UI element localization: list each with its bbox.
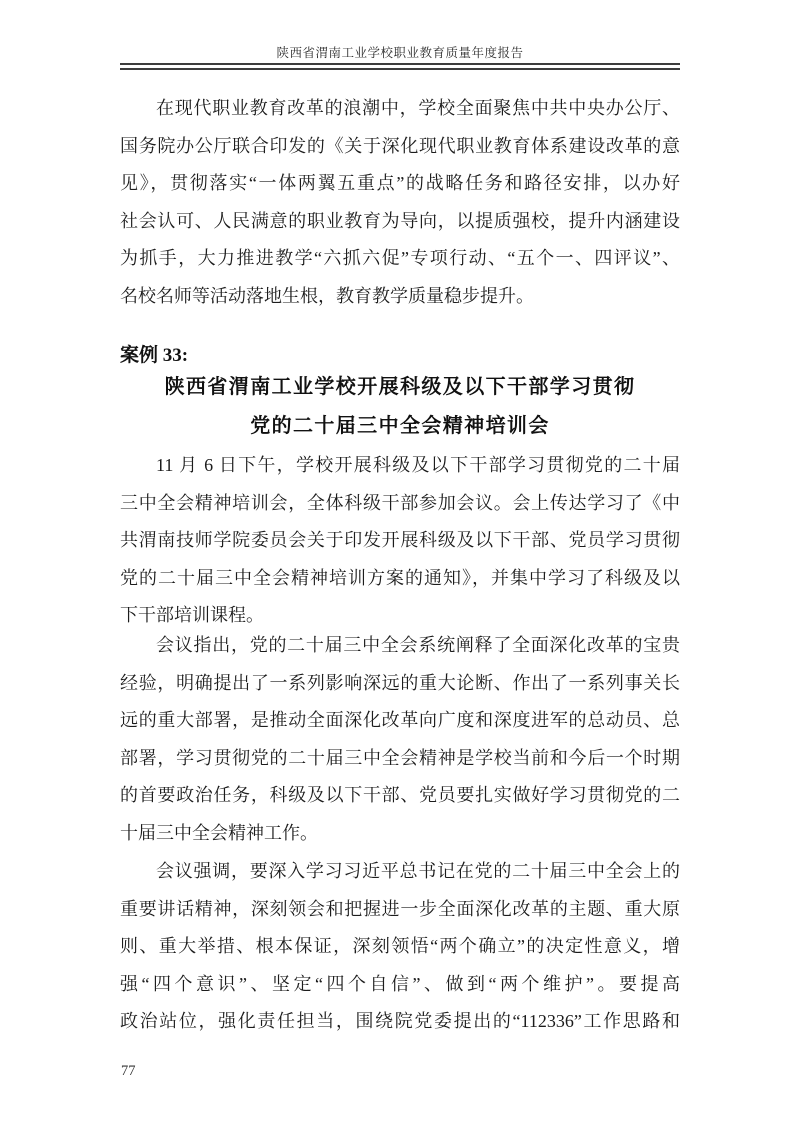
- pointed-paragraph: 会议指出，党的二十届三中全会系统阐释了全面深化改革的宝贵 经验，明确提出了一系列…: [120, 627, 680, 853]
- body-line: 在现代职业教育改革的浪潮中，学校全面聚焦中共中央办公厅、: [120, 90, 680, 128]
- case-title-line-2: 党的二十届三中全会精神培训会: [120, 414, 680, 439]
- intro-paragraph: 在现代职业教育改革的浪潮中，学校全面聚焦中共中央办公厅、 国务院办公厅联合印发的…: [120, 90, 680, 316]
- header-divider: [120, 63, 680, 70]
- body-line: 名校名师等活动落地生根，教育教学质量稳步提升。: [120, 278, 680, 316]
- body-line: 会议强调，要深入学习习近平总书记在党的二十届三中全会上的: [120, 853, 680, 891]
- case-label: 案例 33:: [120, 344, 188, 367]
- body-line: 部署，学习贯彻党的二十届三中全会精神是学校当前和今后一个时期: [120, 740, 680, 778]
- body-line: 政治站位，强化责任担当，围绕院党委提出的“112336”工作思路和: [120, 1003, 680, 1041]
- body-line: 党的二十届三中全会精神培训方案的通知》，并集中学习了科级及以: [120, 560, 680, 598]
- body-line: 则、重大举措、根本保证，深刻领悟“两个确立”的决定性意义，增: [120, 928, 680, 966]
- document-page: 陕西省渭南工业学校职业教育质量年度报告 在现代职业教育改革的浪潮中，学校全面聚焦…: [0, 0, 800, 1131]
- body-line: 的首要政治任务，科级及以下干部、党员要扎实做好学习贯彻党的二: [120, 777, 680, 815]
- body-line: 共渭南技师学院委员会关于印发开展科级及以下干部、党员学习贯彻: [120, 522, 680, 560]
- body-line: 远的重大部署，是推动全面深化改革向广度和深度进军的总动员、总: [120, 702, 680, 740]
- body-line: 三中全会精神培训会，全体科级干部参加会议。会上传达学习了《中: [120, 485, 680, 523]
- body-line: 国务院办公厅联合印发的《关于深化现代职业教育体系建设改革的意: [120, 128, 680, 166]
- page-number: 77: [121, 1063, 136, 1080]
- case-title-line-1: 陕西省渭南工业学校开展科级及以下干部学习贯彻: [120, 375, 680, 400]
- body-line: 11 月 6 日下午，学校开展科级及以下干部学习贯彻党的二十届: [120, 447, 680, 485]
- stressed-paragraph: 会议强调，要深入学习习近平总书记在党的二十届三中全会上的 重要讲话精神，深刻领会…: [120, 853, 680, 1041]
- body-line: 会议指出，党的二十届三中全会系统阐释了全面深化改革的宝贵: [120, 627, 680, 665]
- body-line: 十届三中全会精神工作。: [120, 815, 680, 853]
- body-line: 重要讲话精神，深刻领会和把握进一步全面深化改革的主题、重大原: [120, 891, 680, 929]
- meeting-paragraph: 11 月 6 日下午，学校开展科级及以下干部学习贯彻党的二十届 三中全会精神培训…: [120, 447, 680, 635]
- body-line: 社会认可、人民满意的职业教育为导向，以提质强校，提升内涵建设: [120, 203, 680, 241]
- body-line: 为抓手，大力推进教学“六抓六促”专项行动、“五个一、四评议”、: [120, 240, 680, 278]
- page-header-title: 陕西省渭南工业学校职业教育质量年度报告: [120, 43, 680, 61]
- body-line: 强“四个意识”、坚定“四个自信”、做到“两个维护”。要提高: [120, 966, 680, 1004]
- body-line: 见》，贯彻落实“一体两翼五重点”的战略任务和路径安排，以办好: [120, 165, 680, 203]
- body-line: 经验，明确提出了一系列影响深远的重大论断、作出了一系列事关长: [120, 665, 680, 703]
